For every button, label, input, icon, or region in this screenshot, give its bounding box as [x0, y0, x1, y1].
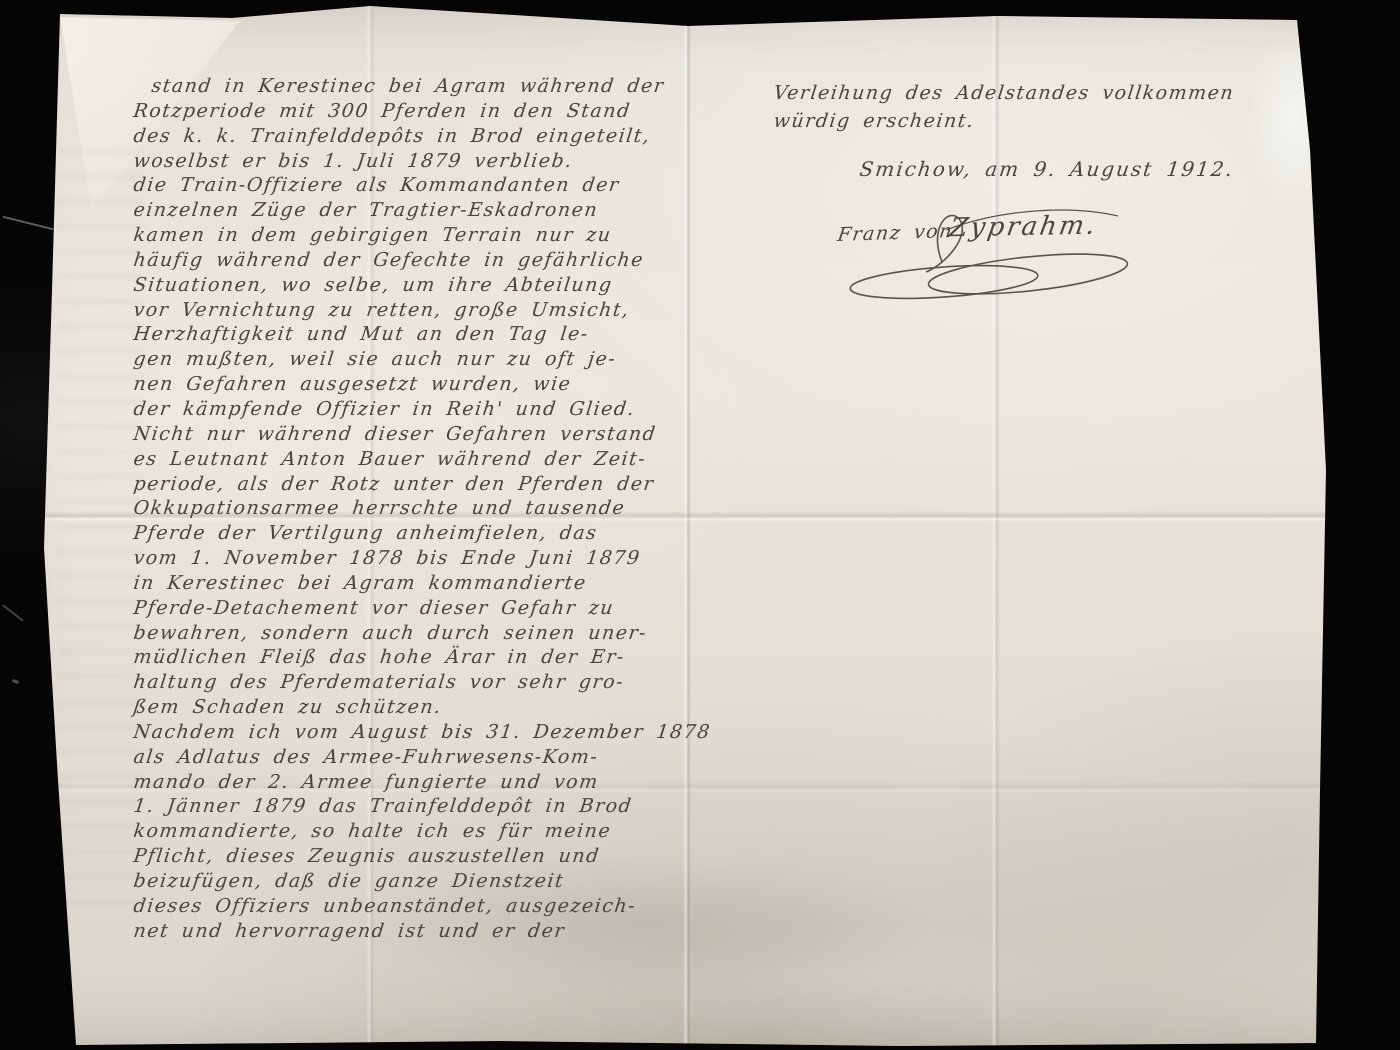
handwritten-line: beizufügen, daß die ganze Dienstzeit — [132, 869, 695, 894]
backdrop-scratch — [3, 216, 54, 231]
handwritten-line: net und hervorragend ist und er der — [132, 919, 695, 944]
handwritten-line: die Train-Offiziere als Kommandanten der — [132, 173, 695, 198]
handwritten-line: bewahren, sondern auch durch seinen uner… — [132, 621, 695, 646]
handwritten-line: es Leutnant Anton Bauer während der Zeit… — [132, 447, 695, 472]
handwritten-line: gen mußten, weil sie auch nur zu oft je- — [132, 347, 695, 372]
handwritten-line: Pferde der Vertilgung anheimfielen, das — [132, 521, 695, 546]
handwritten-line: Verleihung des Adelstandes vollkommen — [772, 80, 1305, 108]
handwritten-line: haltung des Pferdematerials vor sehr gro… — [132, 670, 695, 695]
handwritten-line: Situationen, wo selbe, um ihre Abteilung — [132, 273, 695, 298]
handwritten-line: Nicht nur während dieser Gefahren versta… — [132, 422, 695, 447]
handwritten-line: müdlichen Fleiß das hohe Ärar in der Er- — [132, 645, 695, 670]
handwritten-line: dieses Offiziers unbeanständet, ausgezei… — [132, 894, 695, 919]
handwritten-line: vor Vernichtung zu retten, große Umsicht… — [132, 298, 695, 323]
handwritten-line: Rotzperiode mit 300 Pferden in den Stand — [132, 99, 695, 124]
handwritten-line: einzelnen Züge der Tragtier-Eskadronen — [132, 198, 695, 223]
handwritten-line: kamen in dem gebirgigen Terrain nur zu — [132, 223, 695, 248]
handwritten-line: woselbst er bis 1. Juli 1879 verblieb. — [132, 149, 695, 174]
handwritten-line: nen Gefahren ausgesetzt wurden, wie — [132, 372, 695, 397]
handwritten-line: mando der 2. Armee fungierte und vom — [132, 770, 695, 795]
letter-paper: stand in Kerestinec bei Agram während de… — [0, 0, 1400, 1050]
handwritten-line: Okkupationsarmee herrschte und tausende — [132, 496, 695, 521]
handwritten-line: vom 1. November 1878 bis Ende Juni 1879 — [132, 546, 695, 571]
handwritten-line: als Adlatus des Armee-Fuhrwesens-Kom- — [132, 745, 695, 770]
backdrop-scratch — [2, 604, 24, 622]
dateline: Smichow, am 9. August 1912. — [858, 156, 1305, 184]
handwritten-line: würdig erscheint. — [772, 108, 1305, 136]
handwritten-line: periode, als der Rotz unter den Pferden … — [132, 472, 695, 497]
letter-right-page: Verleihung des Adelstandes vollkommen wü… — [772, 80, 1302, 184]
handwritten-line: der kämpfende Offizier in Reih' und Glie… — [132, 397, 695, 422]
handwritten-line: kommandierte, so halte ich es für meine — [132, 819, 695, 844]
handwritten-line: des k. k. Trainfelddepôts in Brod einget… — [132, 124, 695, 149]
photo-of-letter: stand in Kerestinec bei Agram während de… — [0, 0, 1400, 1050]
backdrop-scratch — [12, 679, 20, 684]
handwritten-line: stand in Kerestinec bei Agram während de… — [132, 74, 695, 99]
handwritten-line: Pferde-Detachement vor dieser Gefahr zu — [132, 596, 695, 621]
handwritten-line: in Kerestinec bei Agram kommandierte — [132, 571, 695, 596]
handwritten-line: Herzhaftigkeit und Mut an den Tag le- — [132, 322, 695, 347]
signature-name: Zyprahm. — [947, 211, 1099, 244]
handwritten-line: häufig während der Gefechte in gefährlic… — [132, 248, 695, 273]
signature-prefix: Franz von — [836, 220, 955, 246]
letter-left-page: stand in Kerestinec bei Agram während de… — [132, 74, 692, 944]
handwritten-line: ßem Schaden zu schützen. — [132, 695, 695, 720]
handwritten-line: Pflicht, dieses Zeugnis auszustellen und — [132, 844, 695, 869]
handwritten-line: Nachdem ich vom August bis 31. Dezember … — [132, 720, 695, 745]
handwritten-line: 1. Jänner 1879 das Trainfelddepôt in Bro… — [132, 794, 695, 819]
